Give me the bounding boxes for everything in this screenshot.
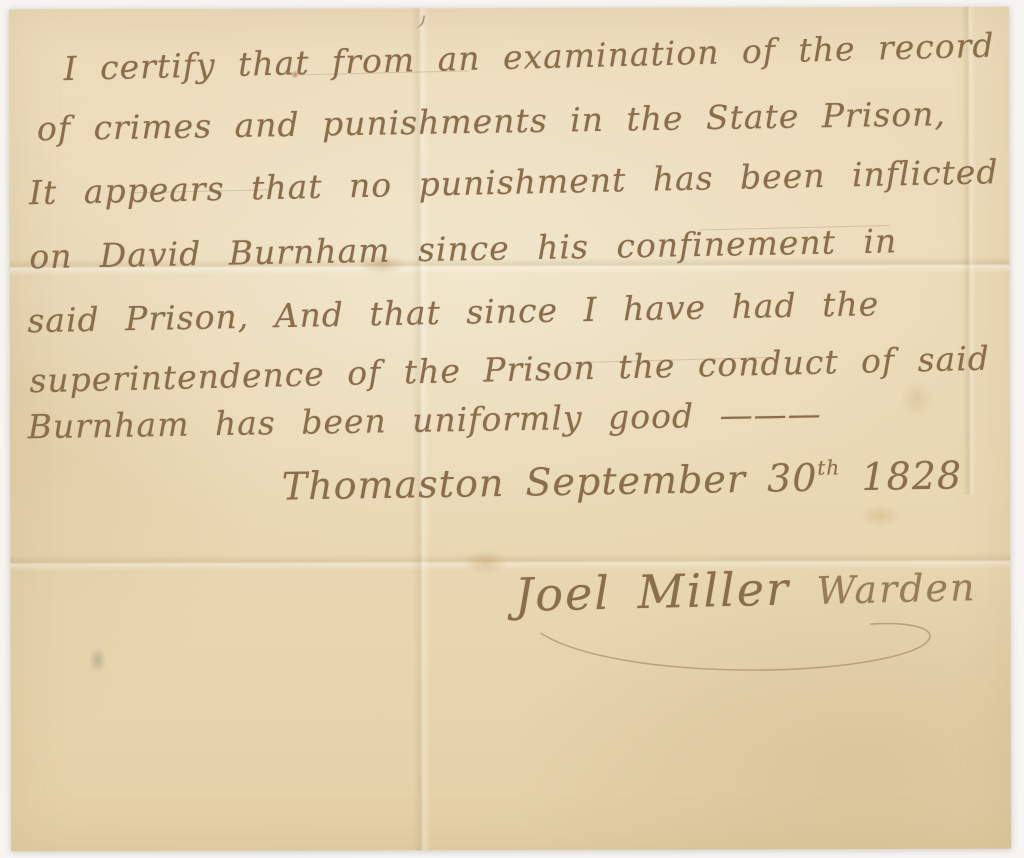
dateline-ordinal: th	[817, 455, 840, 479]
gray-smudge	[89, 647, 107, 673]
handwritten-line-7: Burnham has been uniformly good ———	[27, 394, 821, 446]
ink-stain	[462, 550, 508, 574]
document-scan: I certify that from an examination of th…	[0, 0, 1024, 858]
signature-name: Joel Miller	[514, 561, 817, 622]
vertical-crease-right	[961, 7, 976, 495]
signature-title: Warden	[816, 565, 977, 613]
ink-stain	[860, 505, 900, 527]
handwritten-line-2: of crimes and punishments in the State P…	[37, 94, 947, 148]
handwritten-line-5: said Prison, And that since I have had t…	[27, 284, 880, 340]
handwritten-line-1: I certify that from an examination of th…	[63, 26, 995, 89]
dateline-year: 1828	[840, 453, 963, 499]
handwritten-line-4: on David Burnham since his confinement i…	[29, 221, 898, 276]
signature: Joel Miller Warden	[514, 557, 977, 622]
faint-stain	[900, 379, 934, 419]
handwritten-line-3: It appears that no punishment has been i…	[29, 152, 999, 212]
dateline-place-date: Thomaston September 30	[281, 456, 817, 509]
handwritten-line-6: superintendence of the Prison the conduc…	[29, 339, 990, 401]
stray-pen-mark	[412, 13, 425, 29]
dateline: Thomaston September 30th 1828	[281, 453, 962, 508]
paper-sheet: I certify that from an examination of th…	[9, 7, 1011, 852]
